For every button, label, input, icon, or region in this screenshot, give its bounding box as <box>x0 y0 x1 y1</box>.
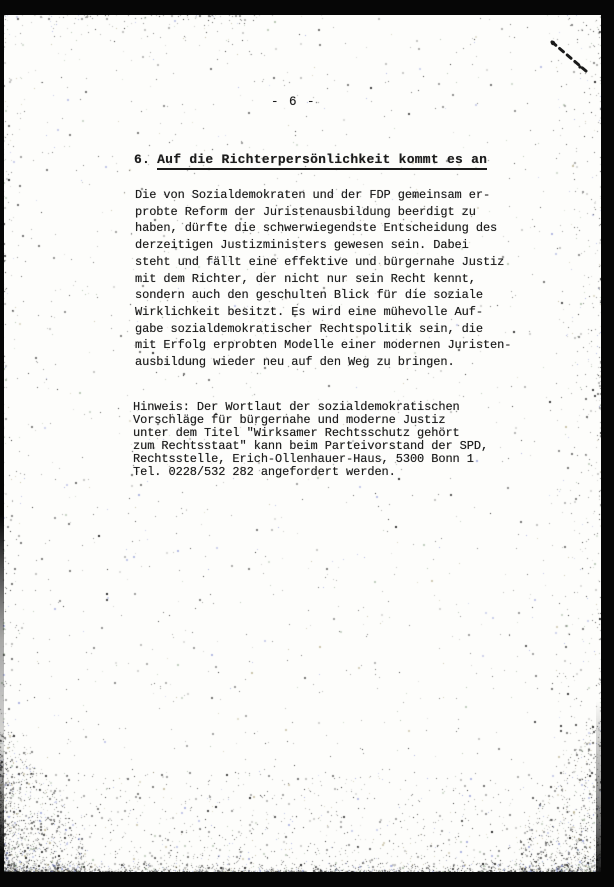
scanned-document-page: - 6 - 6.Auf die Richterpersönlichkeit ko… <box>0 0 614 887</box>
scan-border-left <box>0 0 4 887</box>
body-paragraph: Die von Sozialdemokraten und der FDP gem… <box>135 187 511 371</box>
section-number: 6. <box>134 152 150 167</box>
scan-border-bottom <box>0 872 614 887</box>
scan-border-top <box>0 0 614 15</box>
page-content: - 6 - 6.Auf die Richterpersönlichkeit ko… <box>0 0 614 887</box>
note-paragraph: Hinweis: Der Wortlaut der sozialdemokrat… <box>133 401 488 478</box>
section-title: Auf die Richterpersönlichkeit kommt es a… <box>157 152 487 170</box>
section-heading: 6.Auf die Richterpersönlichkeit kommt es… <box>134 152 487 167</box>
page-number: - 6 - <box>271 95 316 109</box>
scan-border-right-wedge <box>596 700 604 887</box>
pen-scratch-mark <box>546 36 592 78</box>
